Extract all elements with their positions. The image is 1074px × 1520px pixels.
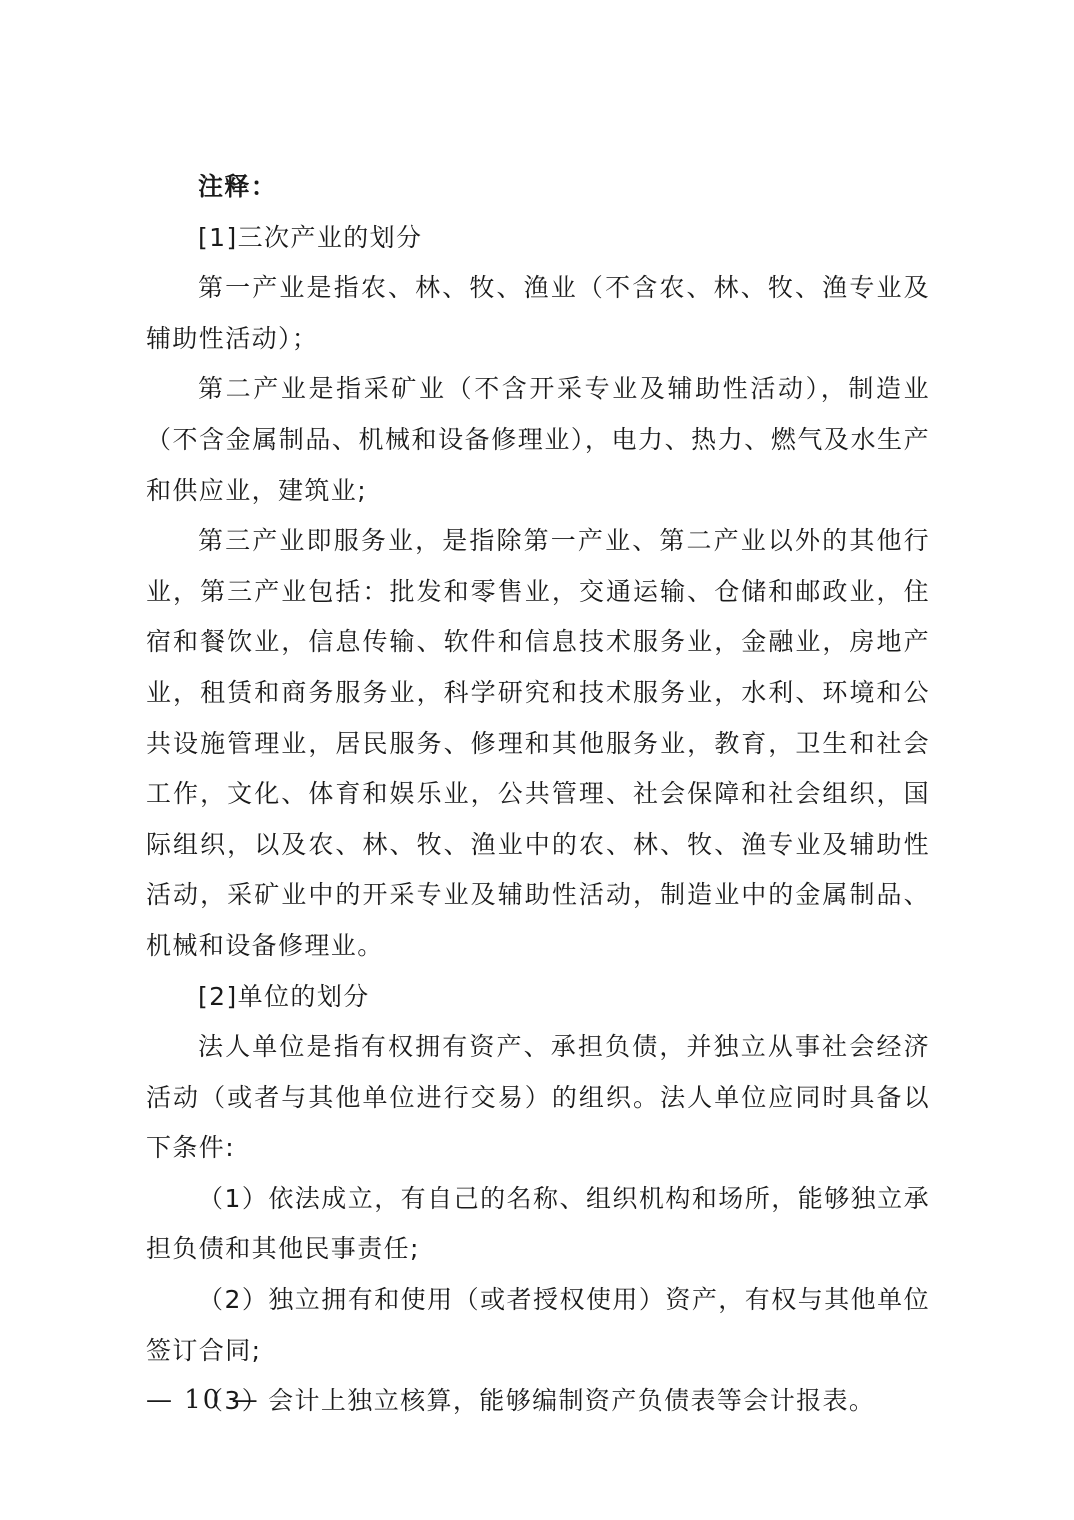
paragraph-secondary-industry: 第二产业是指采矿业（不含开采专业及辅助性活动），制造业（不含金属制品、机械和设备… xyxy=(146,364,930,516)
notes-heading: 注释： xyxy=(146,162,930,213)
paragraph-tertiary-industry: 第三产业即服务业，是指除第一产业、第二产业以外的其他行业，第三产业包括：批发和零… xyxy=(146,516,930,971)
paragraph-legal-entity-definition: 法人单位是指有权拥有资产、承担负债，并独立从事社会经济活动（或者与其他单位进行交… xyxy=(146,1022,930,1174)
section-title-unit-classification: [2]单位的划分 xyxy=(146,972,930,1023)
document-page: 注释： [1]三次产业的划分 第一产业是指农、林、牧、渔业（不含农、林、牧、渔专… xyxy=(146,162,930,1427)
page-number: — 10 — xyxy=(146,1380,260,1420)
paragraph-condition-1: （1）依法成立，有自己的名称、组织机构和场所，能够独立承担负债和其他民事责任; xyxy=(146,1174,930,1275)
paragraph-primary-industry: 第一产业是指农、林、牧、渔业（不含农、林、牧、渔专业及辅助性活动）； xyxy=(146,263,930,364)
paragraph-condition-3: （3）会计上独立核算，能够编制资产负债表等会计报表。 xyxy=(146,1376,930,1427)
section-title-industry-classification: [1]三次产业的划分 xyxy=(146,213,930,264)
paragraph-condition-2: （2）独立拥有和使用（或者授权使用）资产，有权与其他单位签订合同; xyxy=(146,1275,930,1376)
